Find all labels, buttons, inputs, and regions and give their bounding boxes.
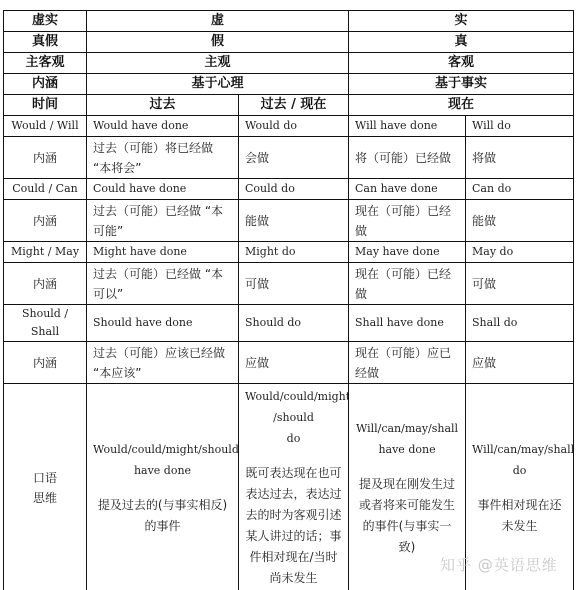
- meaning-cell: 可做: [239, 263, 349, 305]
- table-row: Should / Shall Should have done Should d…: [4, 305, 574, 342]
- meaning-cell: 可做: [466, 263, 574, 305]
- header-row-connotation: 内涵 基于心理 基于事实: [4, 74, 574, 95]
- row-label: 真假: [4, 32, 87, 53]
- table-row: 内涵 过去（可能）将已经做 “本将会” 会做 将（可能）已经做 将做: [4, 137, 574, 179]
- oral-description: 既可表达现在也可表达过去，表达过去的时为客观引述某人讲过的话；事件相对现在/当时…: [245, 463, 342, 589]
- form-cell: Might do: [239, 242, 349, 263]
- modal-label: Could / Can: [4, 179, 87, 200]
- label-line: 口语: [10, 468, 80, 488]
- table-row: 内涵 过去（可能）已经做 “本可以” 可做 现在（可能）已经做 可做: [4, 263, 574, 305]
- table-row: 内涵 过去（可能）应该已经做 “本应该” 应做 现在（可能）应已经做 应做: [4, 342, 574, 384]
- meaning-label: 内涵: [4, 263, 87, 305]
- oral-cell: Would/could/might/should have done 提及过去的…: [87, 384, 239, 590]
- meaning-cell: 过去（可能）已经做 “本可以”: [87, 263, 239, 305]
- time-past: 过去: [87, 95, 239, 116]
- psychology-header: 基于心理: [87, 74, 349, 95]
- form-cell: Might have done: [87, 242, 239, 263]
- fact-header: 基于事实: [349, 74, 574, 95]
- oral-description: 提及过去的(与事实相反)的事件: [93, 495, 232, 537]
- row-label: 主客观: [4, 53, 87, 74]
- time-present: 现在: [349, 95, 574, 116]
- form-cell: Could have done: [87, 179, 239, 200]
- oral-forms: Would/could/might /should do: [245, 386, 342, 449]
- meaning-cell: 现在（可能）应已经做: [349, 342, 466, 384]
- row-label: 虚实: [4, 11, 87, 32]
- modal-label: Should / Shall: [4, 305, 87, 342]
- oral-forms: Would/could/might/should have done: [93, 439, 232, 481]
- true-header: 真: [349, 32, 574, 53]
- meaning-label: 内涵: [4, 137, 87, 179]
- meaning-cell: 现在（可能）已经做: [349, 263, 466, 305]
- modal-verbs-table: 虚实 虚 实 真假 假 真 主客观 主观 客观 内涵 基于心理 基于事实 时间 …: [3, 10, 574, 590]
- oral-cell: Would/could/might /should do 既可表达现在也可表达过…: [239, 384, 349, 590]
- oral-description: 事件相对现在还未发生: [472, 495, 567, 537]
- modal-label: Might / May: [4, 242, 87, 263]
- meaning-cell: 能做: [466, 200, 574, 242]
- meaning-cell: 应做: [466, 342, 574, 384]
- form-cell: Would have done: [87, 116, 239, 137]
- form-cell: Should have done: [87, 305, 239, 342]
- meaning-cell: 过去（可能）应该已经做 “本应该”: [87, 342, 239, 384]
- label-line: 思维: [10, 488, 80, 508]
- unreal-header: 虚: [87, 11, 349, 32]
- form-line: Will/can/may/shall: [472, 439, 567, 460]
- form-cell: Shall do: [466, 305, 574, 342]
- meaning-cell: 将（可能）已经做: [349, 137, 466, 179]
- table-row: Might / May Might have done Might do May…: [4, 242, 574, 263]
- oral-description: 提及现在刚发生过或者将来可能发生的事件(与事实一致): [355, 474, 459, 558]
- meaning-cell: 将做: [466, 137, 574, 179]
- objective-header: 客观: [349, 53, 574, 74]
- meaning-cell: 会做: [239, 137, 349, 179]
- form-cell: Should do: [239, 305, 349, 342]
- meaning-cell: 能做: [239, 200, 349, 242]
- real-header: 实: [349, 11, 574, 32]
- form-cell: Will have done: [349, 116, 466, 137]
- row-label: 内涵: [4, 74, 87, 95]
- form-cell: Could do: [239, 179, 349, 200]
- meaning-label: 内涵: [4, 342, 87, 384]
- form-line: have done: [355, 439, 459, 460]
- header-row-subjective-objective: 主客观 主观 客观: [4, 53, 574, 74]
- row-label: 时间: [4, 95, 87, 116]
- oral-forms: Will/can/may/shall do: [472, 439, 567, 481]
- form-line: Would/could/might: [245, 386, 342, 407]
- form-line: Would/could/might/should: [93, 439, 232, 460]
- oral-thinking-label: 口语 思维: [4, 384, 87, 590]
- form-cell: Shall have done: [349, 305, 466, 342]
- table-row: Could / Can Could have done Could do Can…: [4, 179, 574, 200]
- form-line: do: [472, 460, 567, 481]
- header-row-real-unreal: 虚实 虚 实: [4, 11, 574, 32]
- watermark: 知乎 @英语思维: [440, 554, 558, 575]
- meaning-cell: 过去（可能）将已经做 “本将会”: [87, 137, 239, 179]
- meaning-label: 内涵: [4, 200, 87, 242]
- oral-forms: Will/can/may/shall have done: [355, 418, 459, 460]
- form-line: Will/can/may/shall: [355, 418, 459, 439]
- form-cell: Will do: [466, 116, 574, 137]
- form-line: have done: [93, 460, 232, 481]
- form-cell: May have done: [349, 242, 466, 263]
- modal-label: Would / Will: [4, 116, 87, 137]
- table-row: 内涵 过去（可能）已经做 “本可能” 能做 现在（可能）已经做 能做: [4, 200, 574, 242]
- table-row: Would / Will Would have done Would do Wi…: [4, 116, 574, 137]
- subjective-header: 主观: [87, 53, 349, 74]
- form-cell: May do: [466, 242, 574, 263]
- meaning-cell: 现在（可能）已经做: [349, 200, 466, 242]
- time-past-present: 过去 / 现在: [239, 95, 349, 116]
- form-cell: Can have done: [349, 179, 466, 200]
- form-cell: Can do: [466, 179, 574, 200]
- false-header: 假: [87, 32, 349, 53]
- form-line: /should: [245, 407, 342, 428]
- form-line: do: [245, 428, 342, 449]
- header-row-time: 时间 过去 过去 / 现在 现在: [4, 95, 574, 116]
- header-row-true-false: 真假 假 真: [4, 32, 574, 53]
- form-cell: Would do: [239, 116, 349, 137]
- meaning-cell: 应做: [239, 342, 349, 384]
- meaning-cell: 过去（可能）已经做 “本可能”: [87, 200, 239, 242]
